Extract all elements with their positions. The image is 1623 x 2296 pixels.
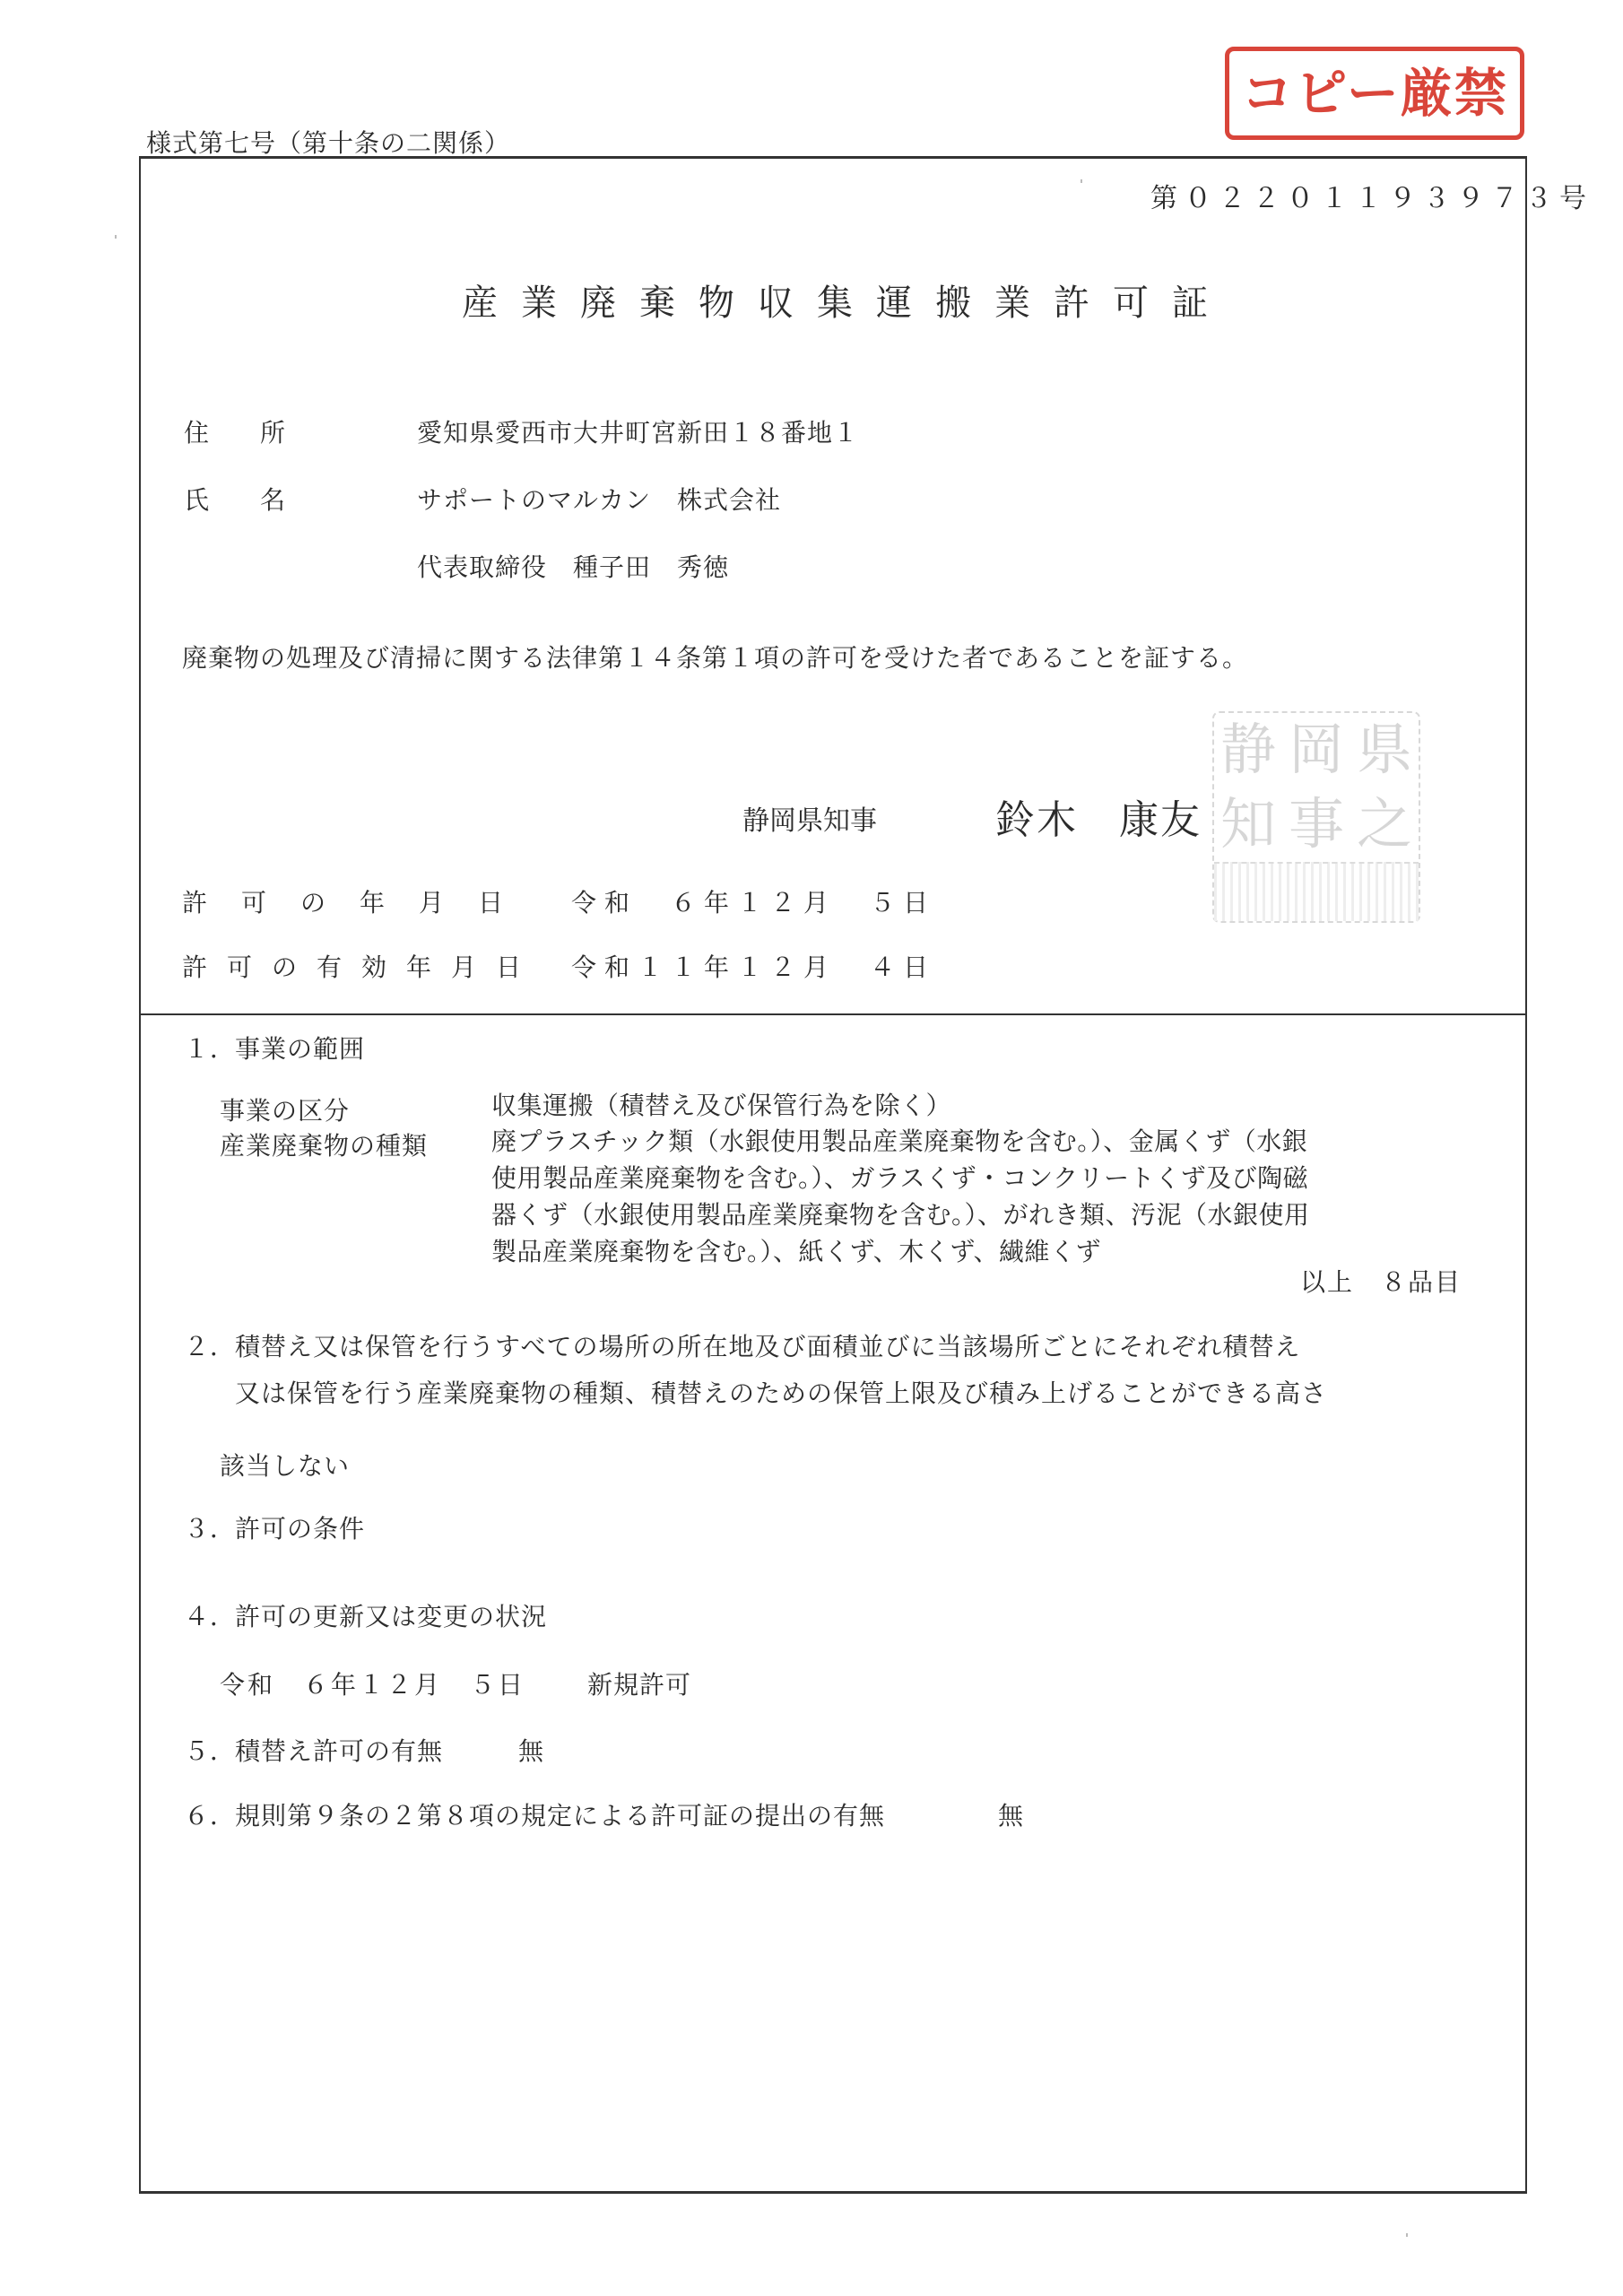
seal-bottom-band [1214,862,1419,921]
seal-char: 県 [1357,720,1412,779]
scan-speck [1081,179,1082,183]
document-number: 第０２２０１１９３９７３号 [1150,176,1593,215]
permit-date-label: 許可の年月日 [182,883,537,919]
waste-types-line: 廃プラスチック類（水銀使用製品産業廃棄物を含む。）、金属くず（水銀 [491,1123,1442,1160]
expiry-date-value: 令和１１年１２月 ４日 [571,948,936,984]
representative-name: 代表取締役 種子田 秀徳 [417,548,729,584]
waste-types-value: 廃プラスチック類（水銀使用製品産業廃棄物を含む。）、金属くず（水銀 使用製品産業… [491,1123,1442,1270]
issuer-name: 鈴木 康友 [995,787,1202,845]
section-2-title-line1: 積替え又は保管を行うすべての場所の所在地及び面積並びに当該場所ごとにそれぞれ積替… [235,1327,1300,1363]
scan-speck [115,235,117,239]
section-1-title: 事業の範囲 [235,1030,365,1065]
section-2-title-line2: 又は保管を行う産業廃棄物の種類、積替えのための保管上限及び積み上げることができる… [235,1374,1327,1410]
section-4-number: ４． [184,1597,236,1633]
section-4-title: 許可の更新又は変更の状況 [235,1597,547,1633]
section-5-number: ５． [184,1732,236,1768]
section-2-number: ２． [184,1327,236,1363]
section-6-number: ６． [184,1796,236,1832]
issuer-title: 静岡県知事 [742,798,877,838]
section-5-value: 無 [518,1732,544,1768]
company-name: サポートのマルカン 株式会社 [417,481,781,517]
seal-char: 知 [1220,795,1276,854]
address-label-part2: 所 [260,413,285,449]
business-type-label: 事業の区分 [220,1091,350,1127]
section-4-date: 令和 ６年１２月 ５日 [220,1665,525,1701]
section-3-number: ３． [184,1509,236,1545]
seal-char: 事 [1289,795,1344,854]
section-4-status: 新規許可 [587,1665,691,1701]
section-2-body: 該当しない [220,1447,350,1483]
section-1-number: １． [184,1030,236,1065]
section-divider [139,1013,1527,1015]
name-label-part2: 名 [260,481,285,517]
document-title: 産業廃棄物収集運搬業許可証 [462,274,1231,326]
form-label: 様式第七号（第十条の二関係） [146,124,510,160]
waste-types-total: 以上 ８品目 [1300,1263,1462,1299]
business-type-value: 収集運搬（積替え及び保管行為を除く） [491,1087,1442,1124]
section-6-value: 無 [998,1796,1024,1832]
section-6-title: 規則第９条の２第８項の規定による許可証の提出の有無 [235,1796,885,1832]
expiry-date-label: 許可の有効年月日 [182,948,541,984]
seal-char: 静 [1220,720,1276,779]
scan-speck [1406,2233,1408,2237]
waste-types-line: 器くず（水銀使用製品産業廃棄物を含む。）、がれき類、汚泥（水銀使用 [491,1196,1442,1233]
section-3-title: 許可の条件 [235,1509,365,1545]
waste-types-line: 製品産業廃棄物を含む。）、紙くず、木くず、繊維くず [491,1233,1442,1270]
address-value: 愛知県愛西市大井町宮新田１８番地１ [417,413,859,449]
seal-char: 之 [1357,795,1412,854]
address-label-part1: 住 [184,413,209,449]
waste-types-label: 産業廃棄物の種類 [220,1126,428,1162]
permit-date-value: 令和 ６年１２月 ５日 [571,883,936,919]
governor-seal: 静 岡 県 知 事 之 [1212,711,1420,923]
name-label-part1: 氏 [184,481,209,517]
waste-types-line: 使用製品産業廃棄物を含む。）、ガラスくず・コンクリートくず及び陶磁 [491,1160,1442,1196]
certification-statement: 廃棄物の処理及び清掃に関する法律第１４条第１項の許可を受けた者であることを証する… [182,639,1248,674]
seal-char: 岡 [1289,720,1344,779]
section-5-title: 積替え許可の有無 [235,1732,443,1768]
copy-prohibited-stamp: コピー厳禁 [1225,47,1524,140]
